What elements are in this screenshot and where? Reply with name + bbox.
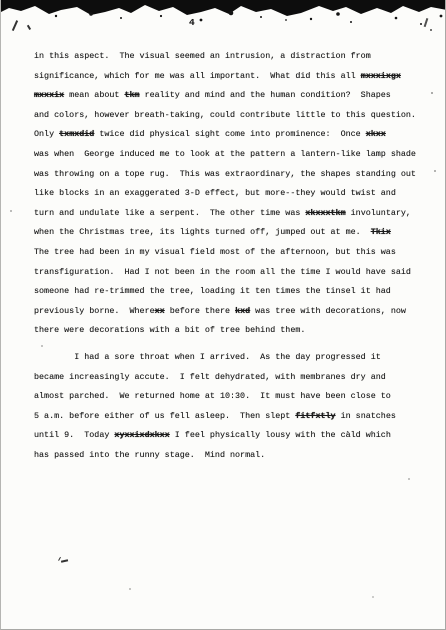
text-segment: involuntary, [346,208,411,218]
text-line: previously borne. Wherexx before there k… [34,302,428,322]
text-segment: The tree had been in my visual field mos… [34,247,396,257]
text-segment: in this aspect. The visual seemed an int… [34,51,371,61]
text-segment: 5 a.m. before either of us fell asleep. … [34,411,295,421]
text-line: became increasingly accute. I felt dehyd… [34,368,428,388]
text-segment: twice did physical sight come into promi… [94,129,365,139]
text-line: mxxxix mean about tkm reality and mind a… [34,86,428,106]
text-line: significance, which for me was all impor… [34,67,428,87]
text-segment: reality and mind and the human condition… [140,90,391,100]
text-segment: previously borne. Where [34,306,155,316]
text-segment: in snatches [336,411,396,421]
scan-edge-noise [1,0,446,40]
text-segment: I feel physically lousy with the càld wh… [170,430,391,440]
text-segment: Only [34,129,59,139]
struck-out-word: fitfxtly [295,411,335,421]
text-line: until 9. Today xyxxixdxkxx I feel physic… [34,426,428,446]
struck-out-word: xkxxxtkm [305,208,345,218]
struck-out-word: mxxxix [34,90,64,100]
page-number: 4 [189,17,195,28]
text-line: almost parched. We returned home at 10:3… [34,387,428,407]
scanned-document-page: 4 in this aspect. The visual seemed an i… [0,0,446,630]
text-segment: was throwing on a tope rug. This was ext… [34,169,416,179]
struck-out-word: xyxxixdxkxx [114,430,169,440]
struck-out-word: txmxdid [59,129,94,139]
text-line: like blocks in an exaggerated 3-D effect… [34,184,428,204]
text-line: and colors, however breath-taking, could… [34,106,428,126]
text-line: there were decorations with a bit of tre… [34,321,428,341]
text-line: was throwing on a tope rug. This was ext… [34,165,428,185]
text-line: when the Christmas tree, its lights turn… [34,223,428,243]
text-line: I had a sore throat when I arrived. As t… [34,348,428,368]
text-segment: when the Christmas tree, its lights turn… [34,227,371,237]
text-segment: has passed into the runny stage. Mind no… [34,450,265,460]
text-segment: almost parched. We returned home at 10:3… [34,391,391,401]
text-segment: I had a sore throat when I arrived. As t… [34,352,381,362]
text-segment: mean about [64,90,124,100]
struck-out-word: mxxxixgx [361,71,401,81]
struck-out-word: xkxx [366,129,386,139]
struck-out-word: xx [155,306,165,316]
struck-out-word: Tkix [371,227,391,237]
text-line: has passed into the runny stage. Mind no… [34,446,428,466]
paragraph: in this aspect. The visual seemed an int… [34,47,428,341]
text-line: turn and undulate like a serpent. The ot… [34,204,428,224]
text-segment: someone had re-trimmed the tree, loading… [34,286,391,296]
scan-mark [424,18,428,27]
text-segment: significance, which for me was all impor… [34,71,361,81]
text-line: The tree had been in my visual field mos… [34,243,428,263]
text-line: 5 a.m. before either of us fell asleep. … [34,407,428,427]
text-segment: and colors, however breath-taking, could… [34,110,416,120]
scan-mark [58,557,61,561]
struck-out-word: kxd [235,306,250,316]
scan-mark [12,20,18,31]
struck-out-word: tkm [124,90,139,100]
text-segment: transfiguration. Had I not been in the r… [34,267,411,277]
text-line: Only txmxdid twice did physical sight co… [34,125,428,145]
text-segment: became increasingly accute. I felt dehyd… [34,372,386,382]
text-line: in this aspect. The visual seemed an int… [34,47,428,67]
typewritten-text: in this aspect. The visual seemed an int… [34,47,428,465]
text-line: was when George induced me to look at th… [34,145,428,165]
text-segment: was when George induced me to look at th… [34,149,416,159]
text-line: someone had re-trimmed the tree, loading… [34,282,428,302]
text-segment: until 9. Today [34,430,114,440]
scan-mark [27,25,31,30]
text-segment: turn and undulate like a serpent. The ot… [34,208,305,218]
text-segment: was tree with decorations, now [250,306,406,316]
text-segment: like blocks in an exaggerated 3-D effect… [34,188,396,198]
text-line: transfiguration. Had I not been in the r… [34,263,428,283]
text-segment: before there [165,306,235,316]
text-segment: there were decorations with a bit of tre… [34,325,305,335]
scan-mark [61,559,68,562]
paragraph: I had a sore throat when I arrived. As t… [34,348,428,466]
